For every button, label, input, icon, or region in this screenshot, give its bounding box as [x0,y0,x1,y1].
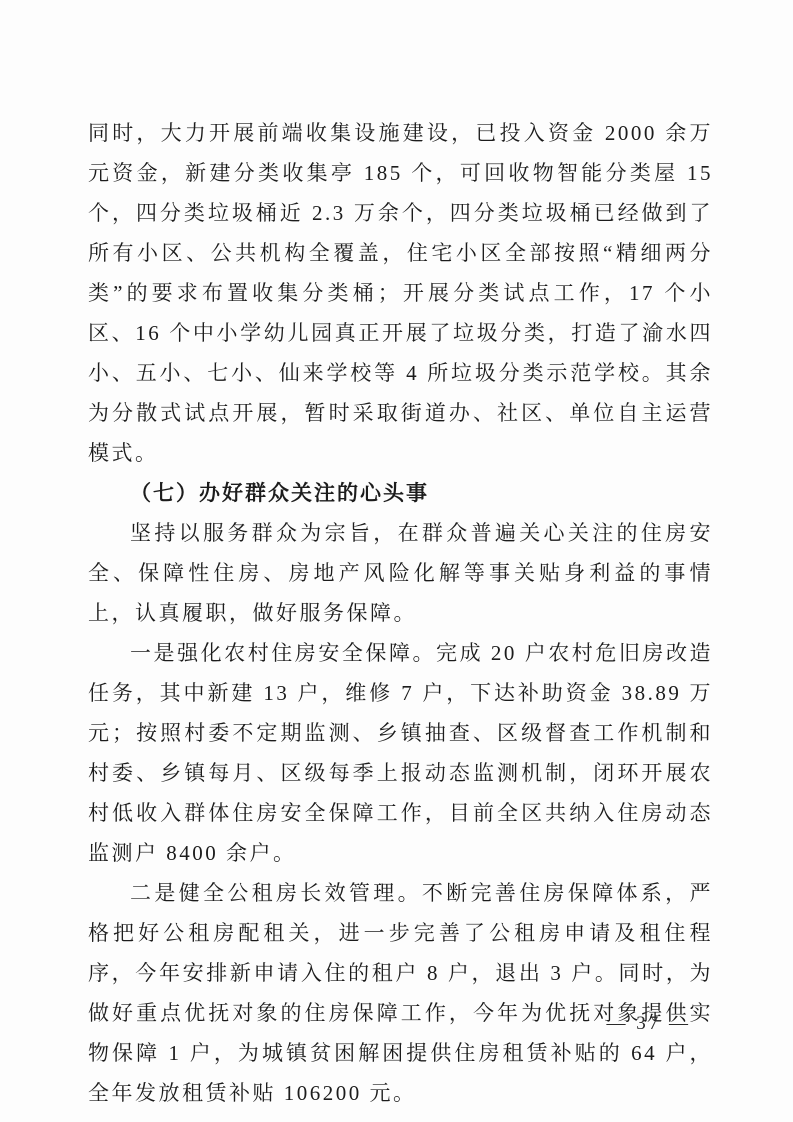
section-heading-seven: （七）办好群众关注的心头事 [88,473,713,513]
paragraph-rural-housing-safety: 一是强化农村住房安全保障。完成 20 户农村危旧房改造任务，其中新建 13 户，… [88,633,713,873]
document-page: 同时，大力开展前端收集设施建设，已投入资金 2000 余万元资金，新建分类收集亭… [0,0,793,1122]
page-number: — 37 — [607,1010,692,1038]
document-body: 同时，大力开展前端收集设施建设，已投入资金 2000 余万元资金，新建分类收集亭… [88,113,713,1113]
paragraph-waste-collection-continued: 同时，大力开展前端收集设施建设，已投入资金 2000 余万元资金，新建分类收集亭… [88,113,713,473]
paragraph-service-commitment: 坚持以服务群众为宗旨，在群众普遍关心关注的住房安全、保障性住房、房地产风险化解等… [88,513,713,633]
paragraph-public-rental-housing: 二是健全公租房长效管理。不断完善住房保障体系，严格把好公租房配租关，进一步完善了… [88,873,713,1113]
